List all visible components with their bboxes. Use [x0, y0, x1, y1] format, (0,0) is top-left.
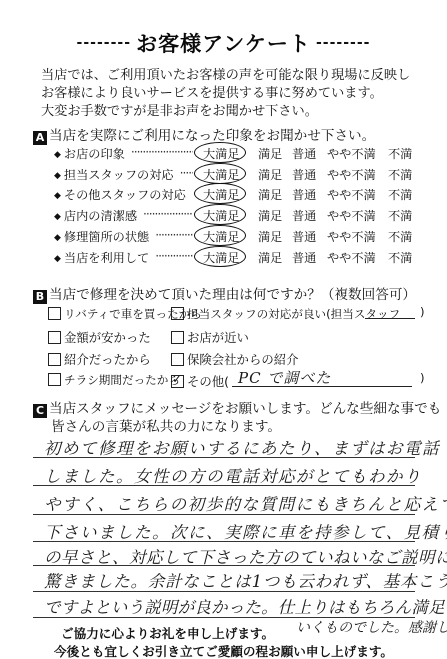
- checkbox-icon[interactable]: [48, 331, 61, 344]
- handwritten-tail: いくものでした。感謝します。: [296, 617, 447, 637]
- rating-option[interactable]: 満足: [258, 166, 282, 183]
- diamond-bullet-icon: ◆: [54, 212, 61, 222]
- leader-dots: ········································…: [143, 207, 193, 221]
- section-a-badge: A: [33, 131, 47, 145]
- rating-option[interactable]: やや不満: [327, 186, 376, 203]
- handwritten-line-6: 驚きました。余計なことは1つも云われず、基本こう: [44, 568, 447, 592]
- rating-option[interactable]: やや不満: [327, 207, 376, 224]
- rating-option[interactable]: やや不満: [327, 166, 376, 183]
- checkbox-icon[interactable]: [48, 307, 61, 320]
- diamond-bullet-icon: ◆: [54, 191, 61, 201]
- leader-dots: ········································…: [192, 186, 193, 200]
- rating-option[interactable]: やや不満: [327, 228, 376, 245]
- rating-label: ◆担当スタッフの対応: [54, 166, 174, 183]
- checkbox-icon[interactable]: [171, 331, 184, 344]
- closing-line-2: 今後とも宜しくお引き立てご愛顧の程お願い申し上げます。: [54, 641, 393, 659]
- rating-option[interactable]: 普通: [292, 186, 316, 203]
- checkbox-reason-insurance[interactable]: 保険会社からの紹介: [171, 350, 299, 368]
- handwritten-line-1: 初めて修理をお願いするにあたり、まずはお電話: [44, 435, 440, 459]
- checkbox-checked-icon[interactable]: [171, 375, 184, 388]
- rating-option[interactable]: やや不満: [327, 145, 376, 162]
- checkbox-icon[interactable]: [171, 307, 184, 320]
- checkbox-reason-staff-response[interactable]: 担当スタッフの対応が良い(担当スタッフ: [171, 306, 400, 322]
- handwritten-line-7: ですよという説明が良かった。仕上りはもちろん満足の: [44, 594, 447, 618]
- rating-label: ◆お店の印象: [54, 145, 125, 162]
- leader-dots: ········································…: [180, 166, 193, 180]
- checkbox-reason-flyer[interactable]: チラシ期間だったから: [48, 372, 180, 388]
- rating-option[interactable]: 満足: [258, 228, 282, 245]
- checkbox-icon[interactable]: [48, 373, 61, 386]
- rating-option[interactable]: 満足: [258, 207, 282, 224]
- diamond-bullet-icon: ◆: [54, 150, 61, 160]
- rating-option[interactable]: 普通: [292, 166, 316, 183]
- section-b-title: 当店で修理を決めて頂いた理由は何ですか？（複数回答可）: [49, 287, 416, 303]
- rating-label: ◆その他スタッフの対応: [54, 186, 186, 203]
- rating-option[interactable]: 不満: [388, 145, 412, 162]
- rating-option[interactable]: 普通: [292, 145, 316, 162]
- intro-text: 当店では、ご利用頂いたお客様の声を可能な限り現場に反映し お客様により良いサービ…: [41, 67, 410, 121]
- rating-option[interactable]: 満足: [258, 186, 282, 203]
- leader-dots: ········································…: [155, 249, 193, 263]
- rating-label: ◆修理箇所の状態: [54, 228, 149, 245]
- leader-dots: ········································…: [131, 145, 193, 159]
- other-paren-close: ): [420, 371, 425, 385]
- other-reason-handwritten: PC で調べた: [238, 367, 331, 388]
- section-b-badge: B: [33, 290, 47, 304]
- ruled-line: [33, 541, 415, 542]
- other-reason-field[interactable]: [232, 386, 412, 387]
- rating-option[interactable]: 不満: [388, 228, 412, 245]
- selected-circle-mark: [194, 204, 246, 225]
- checkbox-reason-other[interactable]: その他(: [171, 372, 229, 390]
- selected-circle-mark: [194, 246, 246, 267]
- intro-line-1: 当店では、ご利用頂いたお客様の声を可能な限り現場に反映し: [41, 67, 410, 85]
- closing-line-1: ご協力に心よりお礼を申し上げます。: [61, 623, 274, 642]
- ruled-line: [33, 591, 415, 592]
- checkbox-reason-nearby[interactable]: お店が近い: [171, 328, 249, 346]
- rating-option[interactable]: やや不満: [327, 249, 376, 266]
- ruled-line: [33, 565, 415, 566]
- checkbox-reason-cheap[interactable]: 金額が安かった: [48, 328, 151, 346]
- leader-dots: ········································…: [155, 228, 193, 242]
- rating-option[interactable]: 不満: [388, 249, 412, 266]
- diamond-bullet-icon: ◆: [54, 233, 61, 243]
- checkbox-icon[interactable]: [171, 353, 184, 366]
- handwritten-line-2: しました。女性の方の電話対応がとてもわかり: [44, 463, 422, 487]
- title-dashes-left: --------: [77, 35, 131, 51]
- ruled-line: [33, 514, 415, 515]
- diamond-bullet-icon: ◆: [54, 254, 61, 264]
- diamond-bullet-icon: ◆: [54, 171, 61, 181]
- staff-name-field[interactable]: [365, 318, 415, 319]
- staff-paren-close: ): [420, 305, 425, 319]
- survey-title-bar: -------- お客様アンケート --------: [0, 28, 447, 58]
- rating-option[interactable]: 満足: [258, 249, 282, 266]
- selected-circle-mark: [194, 142, 246, 163]
- section-a-heading: A当店を実際にご利用になった印象をお聞かせ下さい。: [33, 124, 375, 145]
- section-c-badge: C: [33, 404, 47, 418]
- title-dashes-right: --------: [316, 35, 370, 51]
- checkbox-reason-referral[interactable]: 紹介だったから: [48, 350, 151, 368]
- section-c-subtitle: 皆さんの言葉が私共の力になります。: [51, 415, 281, 435]
- rating-label: ◆当店を利用して: [54, 249, 149, 266]
- rating-label: ◆店内の清潔感: [54, 207, 137, 224]
- rating-option[interactable]: 普通: [292, 207, 316, 224]
- ruled-line: [33, 457, 415, 458]
- intro-line-2: お客様により良いサービスを提供する事に努めています。: [41, 85, 410, 103]
- selected-circle-mark: [194, 163, 246, 184]
- rating-option[interactable]: 不満: [388, 166, 412, 183]
- page-title: お客様アンケート: [136, 32, 311, 56]
- rating-option[interactable]: 不満: [388, 207, 412, 224]
- checkbox-icon[interactable]: [48, 353, 61, 366]
- rating-option[interactable]: 満足: [258, 145, 282, 162]
- intro-line-3: 大変お手数ですが是非お声をお聞かせ下さい。: [41, 103, 410, 121]
- selected-circle-mark: [194, 225, 246, 246]
- handwritten-line-3: やすく、こちらの初歩的な質問にもきちんと応えて: [44, 491, 447, 515]
- rating-option[interactable]: 不満: [388, 186, 412, 203]
- handwritten-line-4: 下さいました。次に、実際に車を持参して、見積り: [44, 519, 447, 543]
- section-b-heading: B当店で修理を決めて頂いた理由は何ですか？（複数回答可）: [33, 283, 416, 304]
- rating-option[interactable]: 普通: [292, 249, 316, 266]
- ruled-line: [33, 485, 415, 486]
- rating-option[interactable]: 普通: [292, 228, 316, 245]
